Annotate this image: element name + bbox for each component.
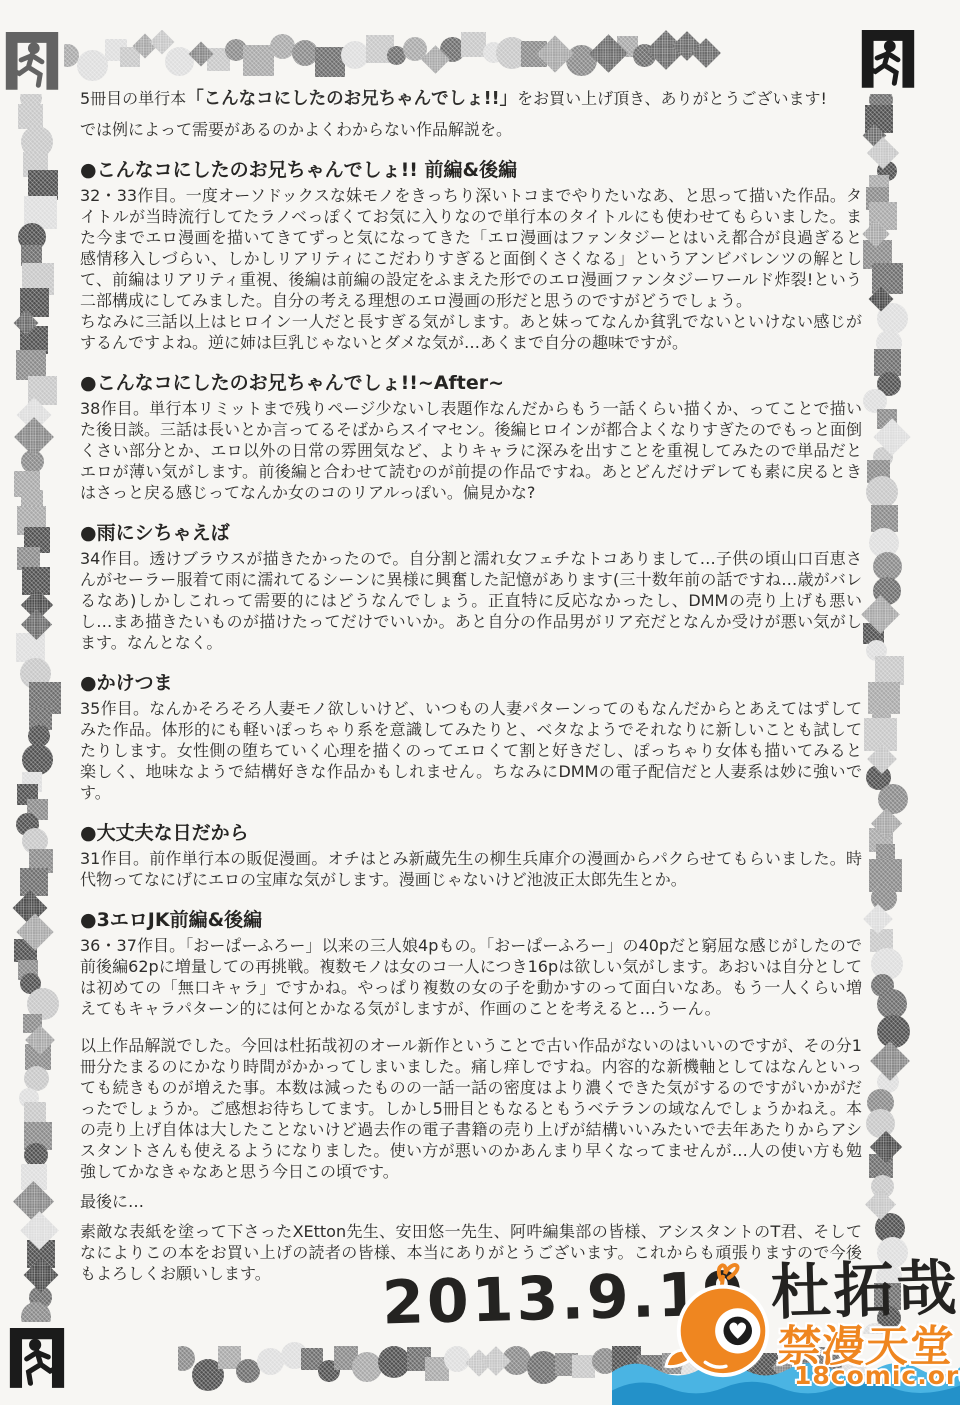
intro-post: をお買い上げ頂き、ありがとうございます!	[517, 89, 827, 108]
intro-line2: では例によって需要があるのかよくわからない作品解説を。	[80, 119, 862, 140]
watermark-site-url: 18comic.org	[794, 1361, 960, 1390]
border-shape-circle	[292, 40, 318, 66]
border-shape-circle	[866, 1109, 895, 1138]
section-heading: ●雨にシちゃえば	[80, 518, 862, 545]
border-shape-diamond	[14, 417, 54, 457]
section-body: 36・37作目。「おーぱーふろー」以来の三人娘4pもの。「おーぱーふろー」の40…	[80, 935, 862, 1019]
intro-paragraph: 5冊目の単行本「こんなコにしたのお兄ちゃんでしょ!!」をお買い上げ頂き、ありがと…	[80, 88, 862, 110]
section-body: 34作目。透けブラウスが描きたかったので。自分割と濡れ女フェチなトコありまして……	[80, 548, 862, 653]
section-body: 32・33作目。一度オーソドックスな妹モノをきっちり深いトコまでやりたいなあ、と…	[80, 185, 862, 353]
watermark: 禁漫天堂 18comic.org	[612, 1243, 960, 1405]
border-shape-diamond	[870, 1042, 910, 1082]
exit-running-man-icon	[4, 28, 60, 92]
border-shape-circle	[77, 50, 108, 81]
section-kaketsuma: ●かけつま 35作目。なんかそろそろ人妻モノ欲しいけど、いつもの人妻パターンって…	[80, 668, 862, 803]
border-shape-square	[243, 45, 274, 76]
book-title: 「こんなコにしたのお兄ちゃんでしょ!!」	[186, 89, 517, 109]
section-konnako-zenpen-kouhen: ●こんなコにしたのお兄ちゃんでしょ!! 前編&後編 32・33作目。一度オーソド…	[80, 155, 862, 353]
section-body: 35作目。なんかそろそろ人妻モノ欲しいけど、いつもの人妻パターンってのもなんだか…	[80, 698, 862, 803]
border-shape-circle	[236, 1359, 260, 1383]
section-daijoubu-na-hi: ●大丈夫な日だから 31作目。前作単行本の販促漫画。オチはとみ新蔵先生の柳生兵庫…	[80, 818, 862, 890]
border-shape-circle	[444, 1346, 470, 1372]
section-body: 31作目。前作単行本の販促漫画。オチはとみ新蔵先生の柳生兵庫介の漫画からパクらせ…	[80, 848, 862, 890]
section-heading: ●3エロJK前編&後編	[80, 905, 862, 932]
left-border-shapes	[12, 94, 70, 1322]
section-heading: ●かけつま	[80, 668, 862, 695]
border-shape-circle	[352, 1352, 382, 1382]
afterword-text: 5冊目の単行本「こんなコにしたのお兄ちゃんでしょ!!」をお買い上げ頂き、ありがと…	[80, 88, 862, 1293]
intro-pre: 5冊目の単行本	[80, 89, 186, 108]
border-shape-circle	[866, 476, 898, 508]
section-ame-ni-shichaeba: ●雨にシちゃえば 34作目。透けブラウスが描きたかったので。自分割と濡れ女フェチ…	[80, 518, 862, 653]
right-border-shapes	[860, 94, 918, 1334]
section-konnako-after: ●こんなコにしたのお兄ちゃんでしょ!!~After~ 38作目。単行本リミットま…	[80, 368, 862, 503]
border-shape-circle	[22, 744, 53, 775]
top-border-shapes	[64, 30, 856, 88]
exit-running-man-icon	[860, 26, 916, 90]
border-shape-circle	[378, 1346, 410, 1378]
section-heading: ●こんなコにしたのお兄ちゃんでしょ!!~After~	[80, 368, 862, 395]
border-shape-circle	[878, 784, 908, 814]
exit-running-man-icon	[8, 1324, 66, 1390]
section-heading: ●こんなコにしたのお兄ちゃんでしょ!! 前編&後編	[80, 155, 862, 182]
border-shape-circle	[877, 1015, 910, 1048]
border-shape-square	[315, 47, 345, 77]
section-heading: ●大丈夫な日だから	[80, 818, 862, 845]
thanks-heading: 最後に…	[80, 1191, 862, 1212]
section-body: 38作目。単行本リミットまで残りページ少ないし表題作なんだからもう一話くらい描く…	[80, 398, 862, 503]
section-3ero-jk: ●3エロJK前編&後編 36・37作目。「おーぱーふろー」以来の三人娘4pもの。…	[80, 905, 862, 1019]
closing-paragraph: 以上作品解説でした。今回は杜拓哉初のオール新作ということで古い作品がないのはいい…	[80, 1035, 862, 1182]
border-shape-square	[24, 1102, 46, 1124]
border-shape-square	[20, 868, 48, 896]
orange-fish-mascot	[664, 1257, 782, 1387]
